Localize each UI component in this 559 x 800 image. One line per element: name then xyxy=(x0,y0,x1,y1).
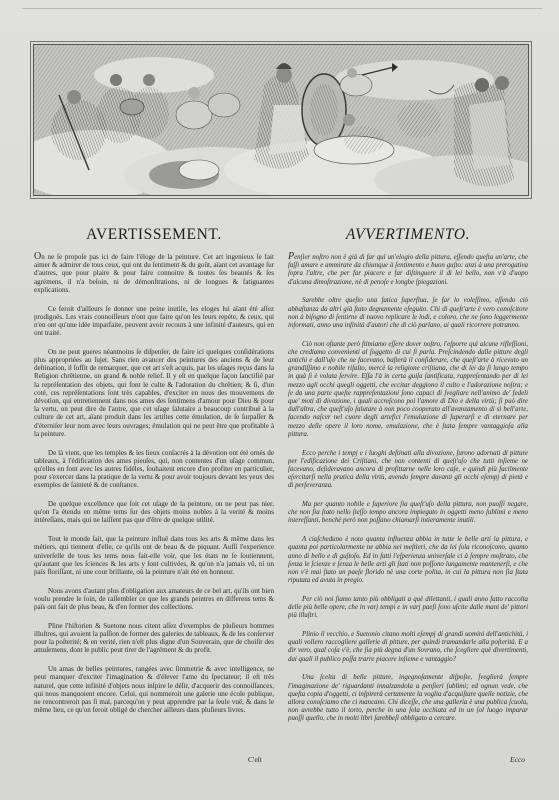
italian-paragraph: Penſier noſtro non è già di far quì un'e… xyxy=(288,253,528,287)
french-paragraph: De quelque excellence que ſoit cet uſage… xyxy=(34,500,274,525)
italian-paragraph: Sarebbe oltre queſto una fatica ſuperflu… xyxy=(288,297,528,330)
italian-title: AVVERTIMENTO. xyxy=(288,226,528,244)
french-title: AVERTISSEMENT. xyxy=(34,226,274,244)
french-catchword: C'eſt xyxy=(248,755,262,764)
book-page: AVERTISSEMENT. On ne ſe propoſe pas ici … xyxy=(0,0,559,800)
italian-paragraph: Plinio il vecchio, e Suetonio citano mol… xyxy=(288,631,528,664)
french-paragraph: On ne ſe propoſe pas ici de faire l'élog… xyxy=(34,253,274,294)
french-column: AVERTISSEMENT. On ne ſe propoſe pas ici … xyxy=(34,226,274,725)
french-paragraph: Ce feroit d'ailleurs ſe donner une peine… xyxy=(34,305,274,338)
plate-mark xyxy=(22,8,542,9)
italian-paragraph: Per ciò noi ſiamo tanto più obbligati a … xyxy=(288,596,528,621)
italian-paragraph: Ecco perche i tempj e i luoghi deſtinati… xyxy=(288,450,528,491)
french-paragraph: Un amas de belles peintures, rangées ave… xyxy=(34,665,274,714)
french-paragraph: Nous avons d'autant plus d'obligation au… xyxy=(34,587,274,612)
italian-paragraph: Ma per quanto nobile e ſuperiore ſia que… xyxy=(288,501,528,526)
italian-paragraph: A ciaſcheduno è noto quanta influenza ab… xyxy=(288,536,528,585)
italian-paragraph: Ciò non oſtante però ſtimiamo eſſere dov… xyxy=(288,341,528,439)
french-paragraph: Tout le monde ſait, que la peinture infl… xyxy=(34,535,274,576)
french-paragraph: Pline l'hiſtorien & Suetone nous citent … xyxy=(34,622,274,655)
french-paragraph: De là vient, que les temples & les lieux… xyxy=(34,449,274,490)
italian-paragraph: Una ſcelta di belle pitture, ingegnoſame… xyxy=(288,674,528,723)
italian-catchword: Ecco xyxy=(510,755,525,764)
french-paragraph: On ne peut gueres néanmoins ſe diſpenſer… xyxy=(34,348,274,438)
italian-column: AVVERTIMENTO. Penſier noſtro non è già d… xyxy=(288,226,528,734)
allegorical-engraving xyxy=(33,44,529,196)
engraving-illustration xyxy=(34,45,528,195)
